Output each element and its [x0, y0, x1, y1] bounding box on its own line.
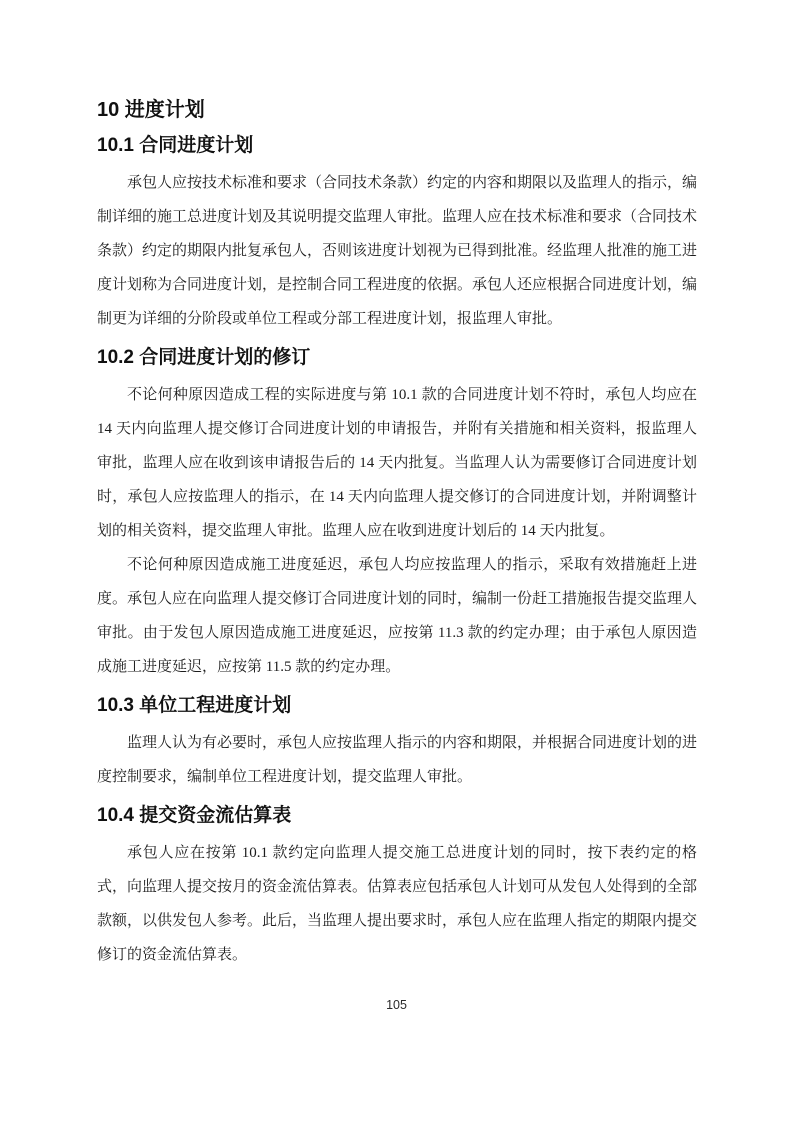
section-heading-10-3: 10.3 单位工程进度计划	[97, 692, 697, 720]
section-heading-10-2: 10.2 合同进度计划的修订	[97, 344, 697, 372]
document-page: 10 进度计划 10.1 合同进度计划 承包人应按技术标准和要求（合同技术条款）…	[0, 0, 793, 1122]
section-heading-10-1: 10.1 合同进度计划	[97, 132, 697, 160]
chapter-heading: 10 进度计划	[97, 96, 697, 124]
section-10-3-paragraph: 监理人认为有必要时，承包人应按监理人指示的内容和期限，并根据合同进度计划的进度控…	[97, 726, 697, 794]
section-10-4-paragraph: 承包人应在按第 10.1 款约定向监理人提交施工总进度计划的同时，按下表约定的格…	[97, 836, 697, 972]
section-10-2-paragraph-1: 不论何种原因造成工程的实际进度与第 10.1 款的合同进度计划不符时，承包人均应…	[97, 378, 697, 548]
document-content: 10 进度计划 10.1 合同进度计划 承包人应按技术标准和要求（合同技术条款）…	[97, 96, 697, 972]
page-number: 105	[0, 998, 793, 1012]
section-10-1-paragraph: 承包人应按技术标准和要求（合同技术条款）约定的内容和期限以及监理人的指示，编制详…	[97, 166, 697, 336]
section-heading-10-4: 10.4 提交资金流估算表	[97, 802, 697, 830]
section-10-2-paragraph-2: 不论何种原因造成施工进度延迟，承包人均应按监理人的指示，采取有效措施赶上进度。承…	[97, 548, 697, 684]
